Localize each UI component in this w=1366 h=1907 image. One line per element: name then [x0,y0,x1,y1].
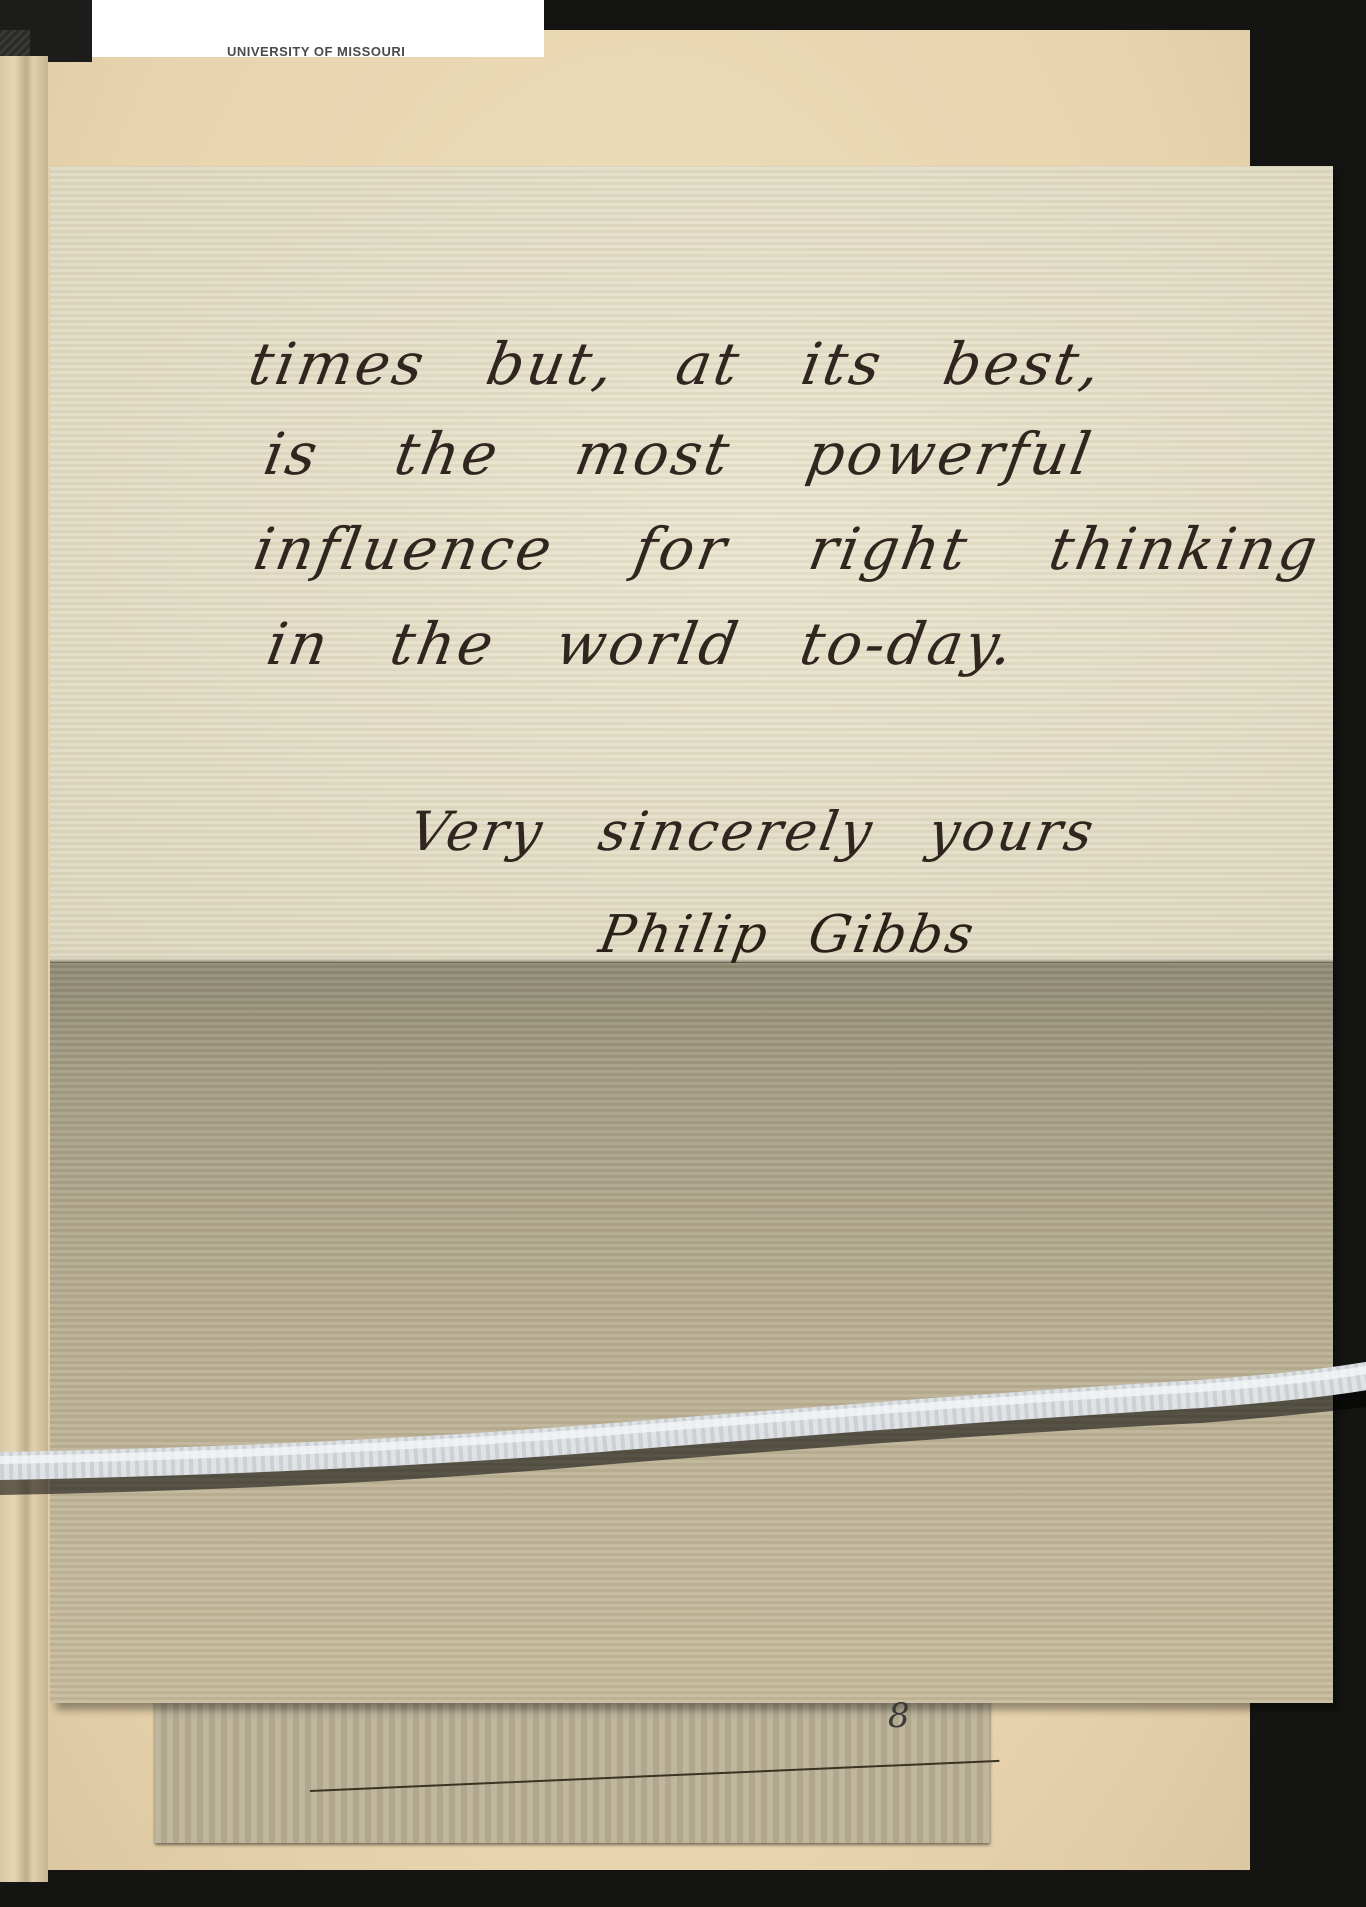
book-binding-corner [0,0,92,62]
letter-closing: Very sincerely yours [404,800,1101,863]
letter-line-2: is the most powerful [259,420,1099,488]
pencil-mark: 8 [888,1696,910,1736]
letter-lower-panel [50,962,1333,1703]
letter-line-3: influence for right thinking [249,515,1325,583]
binding-string [0,1340,1366,1520]
letter-line-1: times but, at its best, [244,330,1108,398]
letter-line-4: in the world to-day. [262,610,1021,678]
library-label-slip: UNIVERSITY OF MISSOURI [92,0,544,57]
library-label-text: UNIVERSITY OF MISSOURI [227,44,405,57]
letter-signature: Philip Gibbs [595,905,981,965]
lower-card [155,1700,990,1843]
book-spine-gutter [0,56,48,1882]
